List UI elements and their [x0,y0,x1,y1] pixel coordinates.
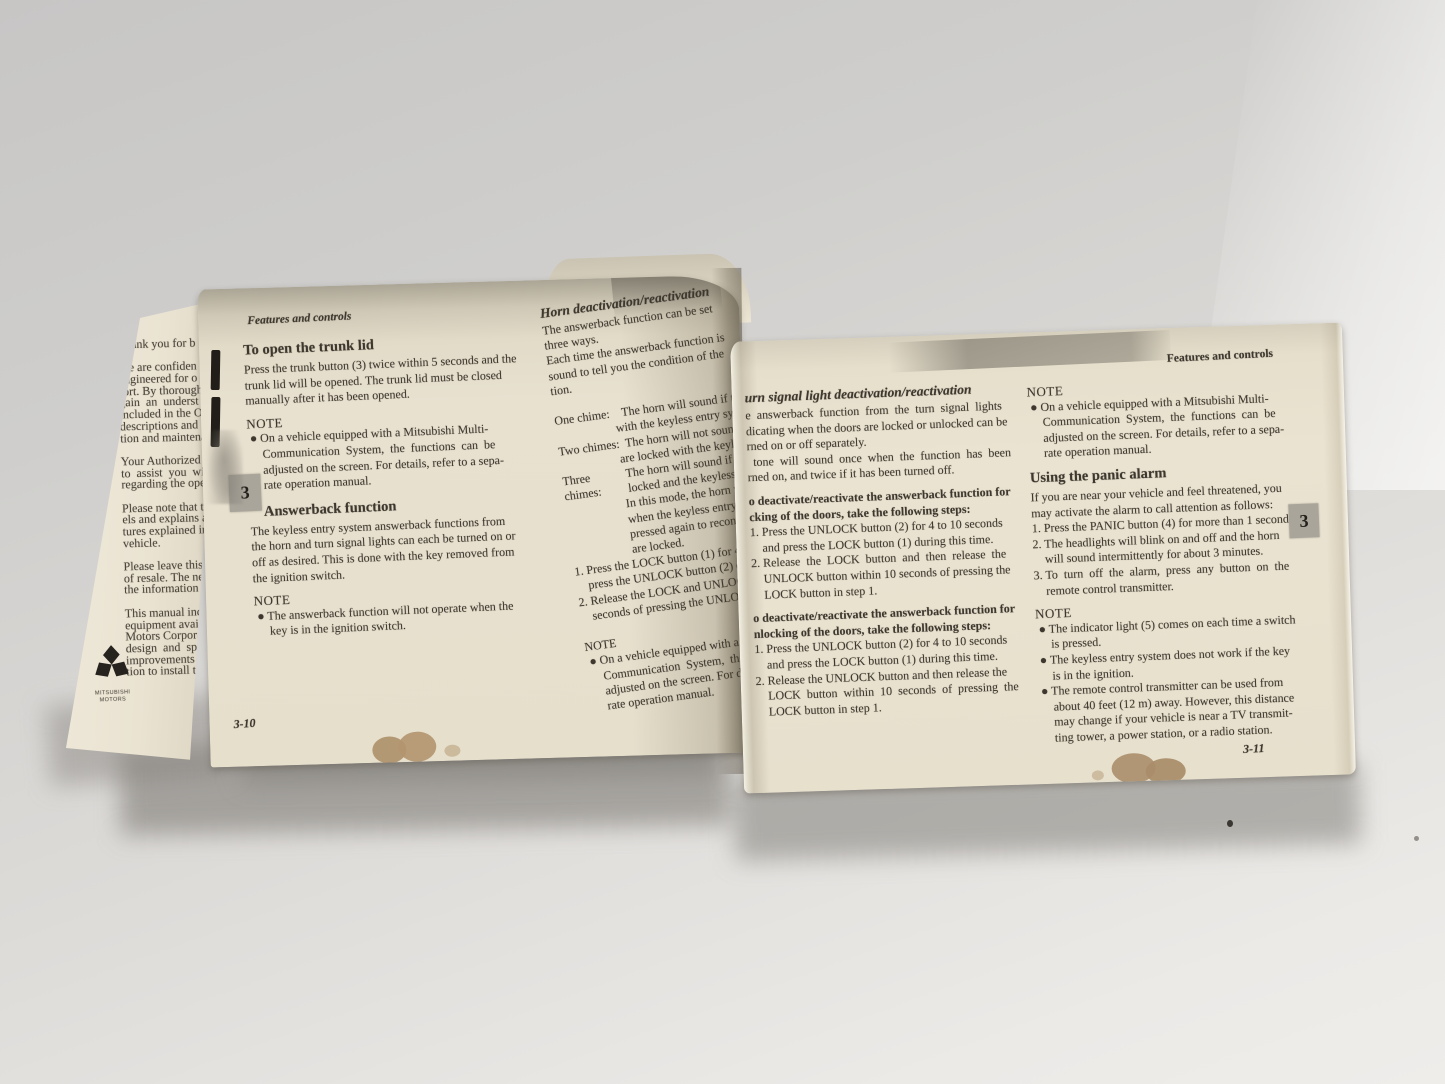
unlocking-steps: 1. Press the UNLOCK button (2) for 4 to … [754,631,1057,720]
stain-mark [444,744,460,756]
photo-of-open-owners-manual: Thank you for b We are confidenengineere… [0,0,1445,1084]
trunk-lid-paragraph: Press the trunk button (3) twice within … [244,349,564,409]
note-text: ● The indicator light (5) comes on each … [1035,610,1342,746]
page-stack-smudge [205,430,243,504]
right-page-number: 3-11 [1243,741,1265,757]
note-text: ● On a vehicle equipped with a Mitsubish… [1027,388,1331,462]
answerback-paragraph: The keyless entry system answerback func… [250,511,570,587]
locking-steps: 1. Press the UNLOCK button (2) for 4 to … [750,514,1053,603]
right-page-column2: NOTE ● On a vehicle equipped with a Mits… [1026,366,1342,747]
left-page-number: 3-10 [233,716,256,732]
left-page-column1: To open the trunk lid Press the trunk bu… [243,327,573,640]
left-page-header: Features and controls [247,310,352,327]
right-page-column1: urn signal light deactivation/reactivati… [744,379,1056,721]
page-stack-mark [211,350,221,390]
mitsubishi-three-diamond-icon [89,643,134,686]
left-page: Features and controls To open the trunk … [197,275,751,768]
note-text: ● On a vehicle equipped with a Mitsubish… [247,419,567,495]
right-page-header: Features and controls [1166,348,1273,365]
surface-speck [1227,820,1233,827]
printed-gray-band [888,330,1171,373]
mitsubishi-logo: MITSUBISHI MOTORS [85,643,139,704]
stain-mark [398,731,437,762]
turn-signal-paragraph: e answerback function from the turn sign… [745,397,1048,486]
surface-speck [1414,836,1419,841]
logo-caption-line2: MOTORS [87,696,139,704]
right-page: Features and controls urn signal light d… [730,322,1356,793]
stain-mark [1092,770,1104,780]
chapter-tab: 3 [1288,503,1319,538]
